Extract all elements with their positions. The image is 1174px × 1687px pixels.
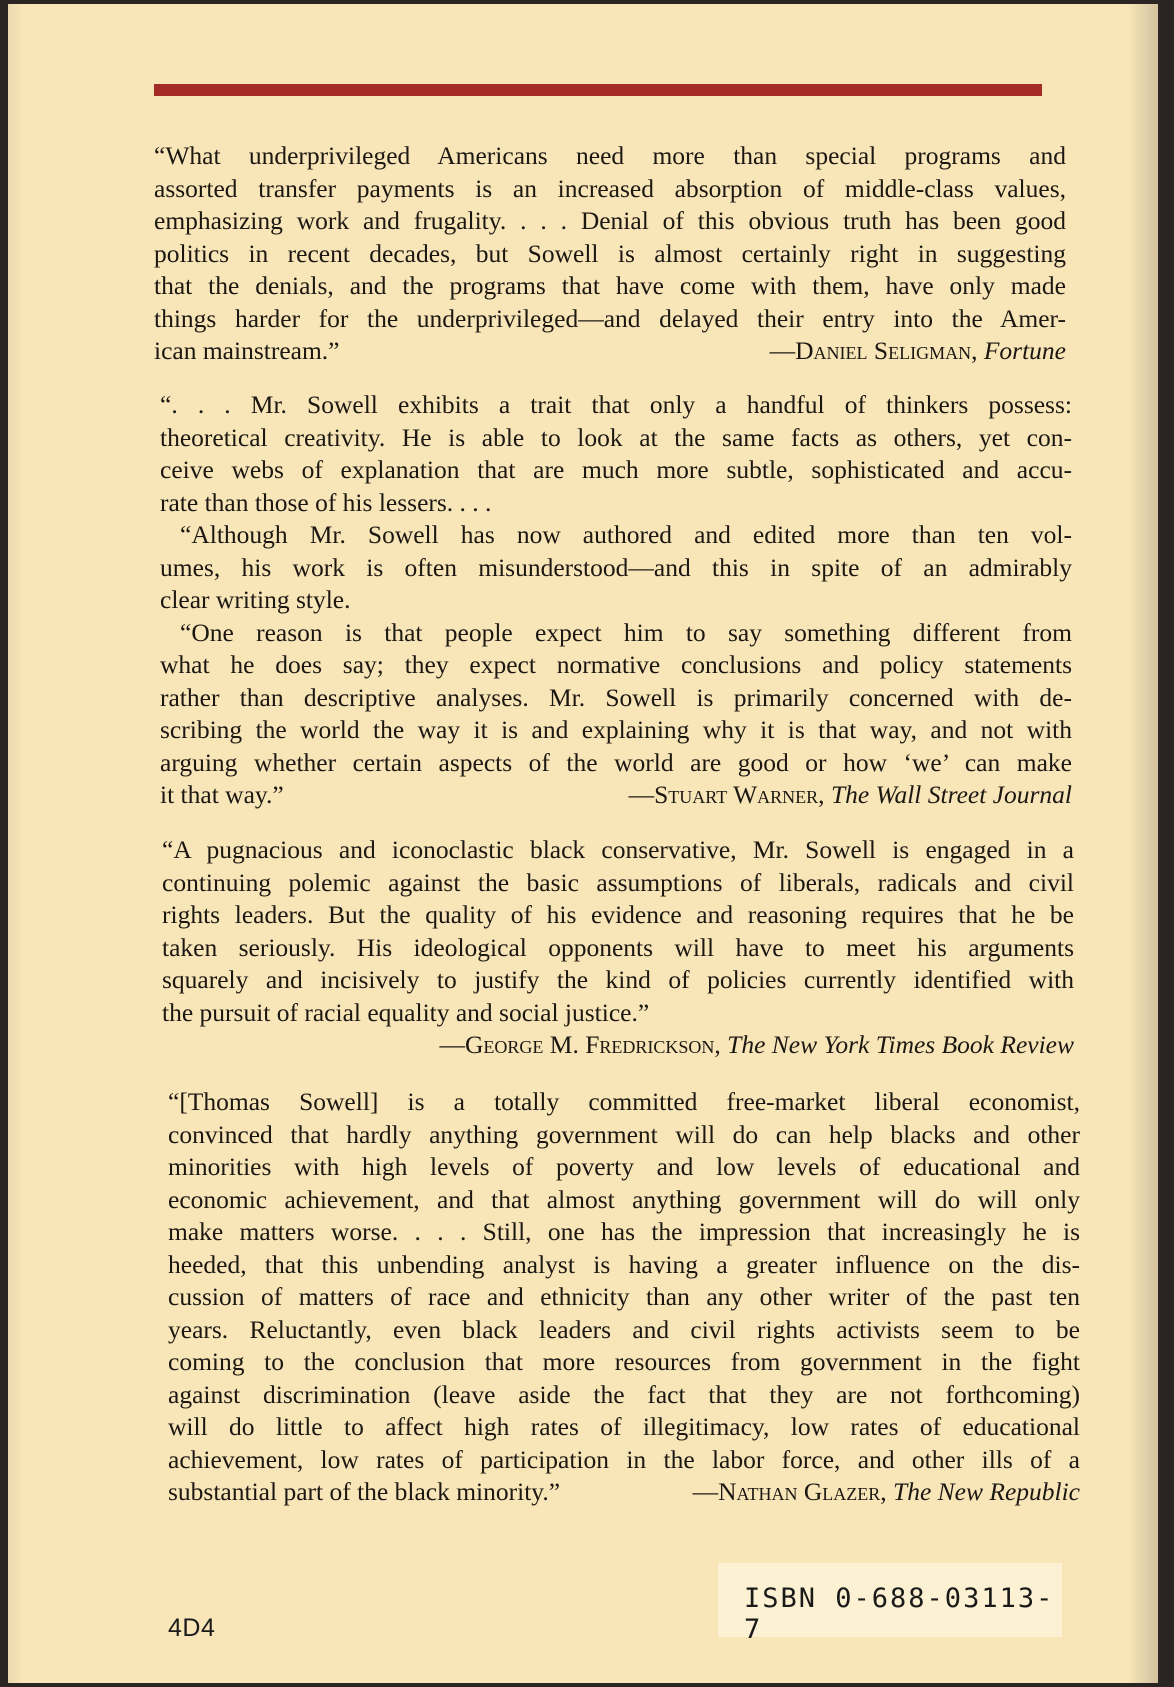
quote-line: make matters worse. . . . Still, one has… <box>168 1216 1080 1249</box>
quote-line: things harder for the underprivileged—an… <box>154 303 1066 336</box>
isbn-label: ISBN 0-688-03113-7 <box>718 1563 1062 1637</box>
attribution-source: The New Republic <box>893 1477 1080 1506</box>
quote-line: the pursuit of racial equality and socia… <box>162 997 1074 1030</box>
quote-line: convinced that hardly anything governmen… <box>168 1119 1080 1152</box>
attribution-name: —George M. Fredrickson, <box>440 1030 728 1059</box>
quote-line: will do little to affect high rates of i… <box>168 1411 1080 1444</box>
quote-last-line: substantial part of the black minority.”… <box>168 1476 1080 1509</box>
quote-line: years. Reluctantly, even black leaders a… <box>168 1314 1080 1347</box>
book-back-cover: “What underprivileged Americans need mor… <box>8 4 1158 1683</box>
quote-line: clear writing style. <box>160 584 1072 617</box>
quote-warner: “. . . Mr. Sowell exhibits a trait that … <box>160 389 1072 812</box>
quote-line: rather than descriptive analyses. Mr. So… <box>160 682 1072 715</box>
quote-line: ceive webs of explanation that are much … <box>160 454 1072 487</box>
print-code: 4D4 <box>168 1614 215 1643</box>
quote-line: continuing polemic against the basic ass… <box>162 867 1074 900</box>
quote-line: “What underprivileged Americans need mor… <box>154 140 1066 173</box>
quote-line: against discrimination (leave aside the … <box>168 1379 1080 1412</box>
quote-line: “A pugnacious and iconoclastic black con… <box>162 834 1074 867</box>
quote-line: scribing the world the way it is and exp… <box>160 714 1072 747</box>
quote-line: heeded, that this unbending analyst is h… <box>168 1249 1080 1282</box>
attribution: —Nathan Glazer, The New Republic <box>693 1476 1080 1509</box>
quote-glazer: “[Thomas Sowell] is a totally committed … <box>168 1086 1080 1509</box>
attribution-source: The New York Times Book Review <box>727 1030 1074 1059</box>
quote-line: theoretical creativity. He is able to lo… <box>160 422 1072 455</box>
quote-line: rights leaders. But the quality of his e… <box>162 899 1074 932</box>
attribution-source: Fortune <box>984 336 1066 365</box>
quote-line: ican mainstream.” <box>154 335 340 368</box>
quote-line: “. . . Mr. Sowell exhibits a trait that … <box>160 389 1072 422</box>
attribution: —Daniel Seligman, Fortune <box>770 335 1066 368</box>
quote-line: it that way.” <box>160 779 284 812</box>
attribution-source: The Wall Street Journal <box>831 780 1072 809</box>
quote-line: achievement, low rates of participation … <box>168 1444 1080 1477</box>
quote-line: “Although Mr. Sowell has now authored an… <box>160 519 1072 552</box>
quote-last-line: ican mainstream.” —Daniel Seligman, Fort… <box>154 335 1066 368</box>
quote-line: arguing whether certain aspects of the w… <box>160 747 1072 780</box>
isbn-number: ISBN 0-688-03113-7 <box>744 1583 1062 1645</box>
attribution-name: —Nathan Glazer, <box>693 1477 893 1506</box>
quote-line: what he does say; they expect normative … <box>160 649 1072 682</box>
quote-line: emphasizing work and frugality. . . . De… <box>154 205 1066 238</box>
quote-fredrickson: “A pugnacious and iconoclastic black con… <box>162 834 1074 1062</box>
quote-line: umes, his work is often misunderstood—an… <box>160 552 1072 585</box>
quote-line: economic achievement, and that almost an… <box>168 1184 1080 1217</box>
quote-last-line: it that way.” —Stuart Warner, The Wall S… <box>160 779 1072 812</box>
attribution-name: —Stuart Warner, <box>629 780 831 809</box>
quote-line: squarely and incisively to justify the k… <box>162 964 1074 997</box>
quote-line: “One reason is that people expect him to… <box>160 617 1072 650</box>
attribution: —George M. Fredrickson, The New York Tim… <box>162 1029 1074 1062</box>
attribution: —Stuart Warner, The Wall Street Journal <box>629 779 1072 812</box>
quote-line: minorities with high levels of poverty a… <box>168 1151 1080 1184</box>
red-rule-divider <box>154 84 1042 96</box>
quote-line: “[Thomas Sowell] is a totally committed … <box>168 1086 1080 1119</box>
quote-line: taken seriously. His ideological opponen… <box>162 932 1074 965</box>
quote-line: rate than those of his lessers. . . . <box>160 487 1072 520</box>
quote-seligman: “What underprivileged Americans need mor… <box>154 140 1066 368</box>
attribution-name: —Daniel Seligman, <box>770 336 984 365</box>
quote-line: that the denials, and the programs that … <box>154 270 1066 303</box>
quote-line: coming to the conclusion that more resou… <box>168 1346 1080 1379</box>
quote-line: politics in recent decades, but Sowell i… <box>154 238 1066 271</box>
quote-line: assorted transfer payments is an increas… <box>154 173 1066 206</box>
quote-line: substantial part of the black minority.” <box>168 1476 560 1509</box>
quote-line: cussion of matters of race and ethnicity… <box>168 1281 1080 1314</box>
